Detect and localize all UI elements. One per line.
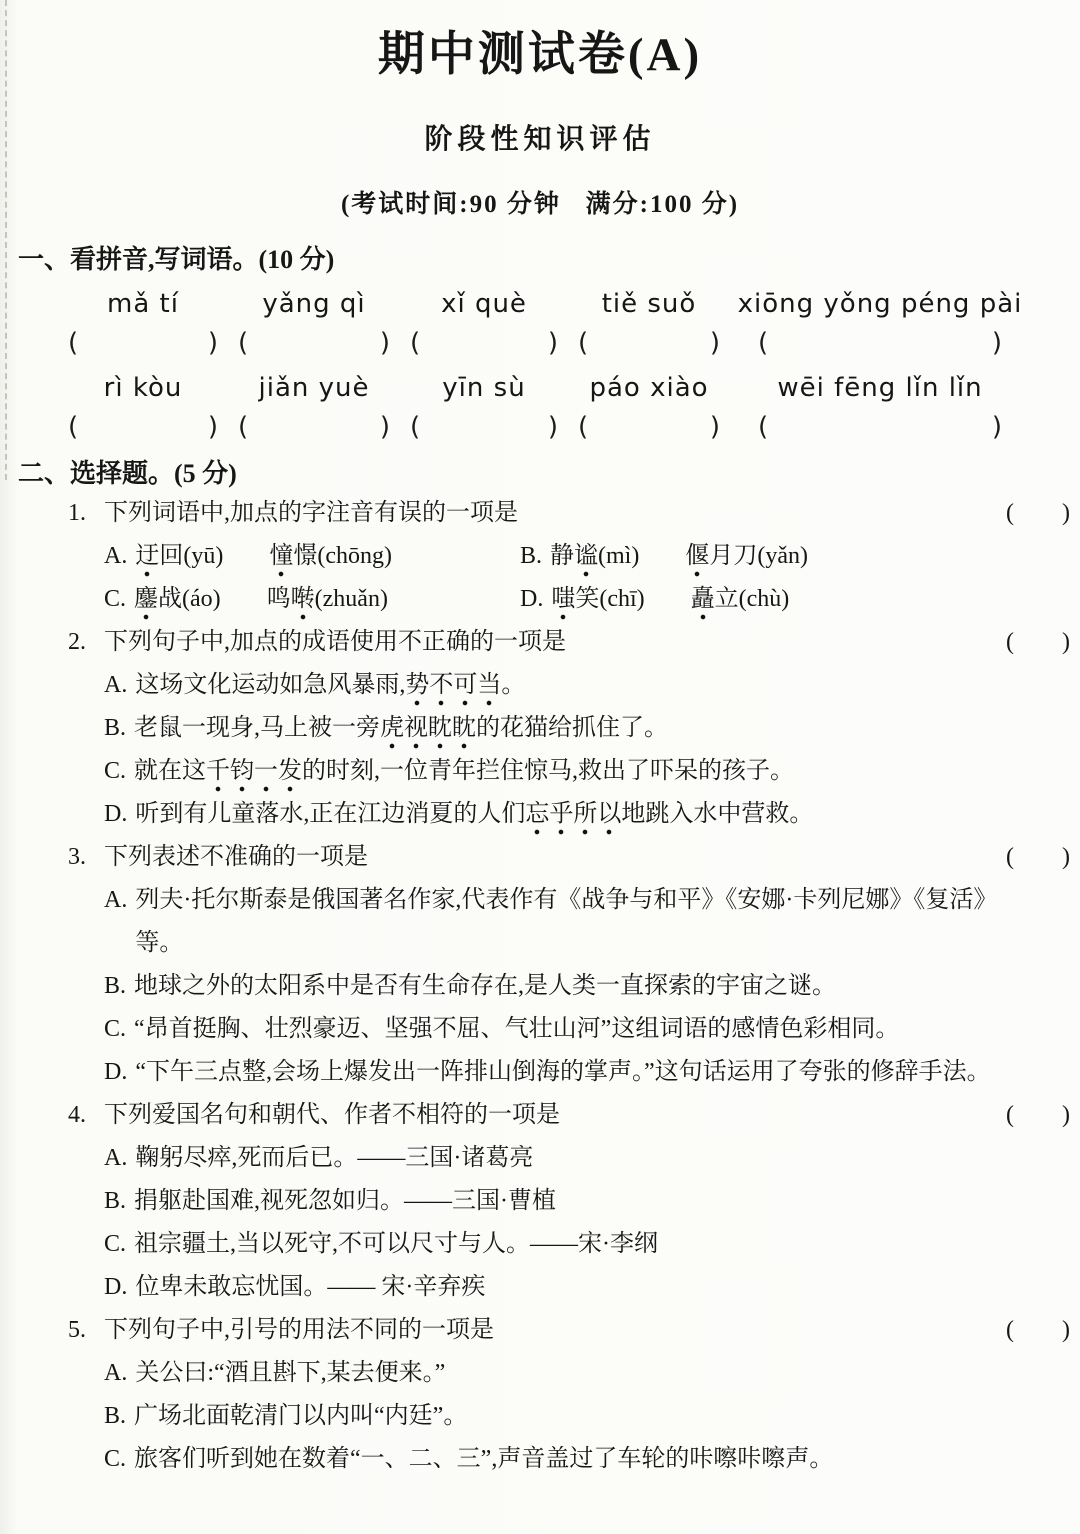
pinyin-item: yīn sù (): [400, 368, 568, 446]
text-segment: “下午三点整,会场上爆发出一阵排山倒海的掌声。”这句话运用了夸张的修辞手法。: [135, 1059, 990, 1085]
text-segment: 月刀(yǎn): [709, 543, 808, 569]
answer-bracket: ( ): [1006, 1309, 1070, 1352]
text-segment: 捐躯赴国难,视死忽如归。——三国·曹植: [134, 1188, 556, 1214]
text-segment: 听到有儿童落水,正在江边消夏的人们: [135, 801, 525, 827]
option-text: 位卑未敢忘忧国。—— 宋·辛弃疾: [135, 1266, 485, 1309]
question-text: 下列句子中,引号的用法不同的一项是: [104, 1309, 494, 1352]
text-segment: 立(chù): [715, 586, 790, 612]
pinyin-item: wēi fēng lǐn lǐn (): [730, 368, 1030, 446]
answer-bracket: ( ): [1006, 1094, 1070, 1137]
emphasized-text: 憧: [269, 543, 293, 577]
option-text: 鞠躬尽瘁,死而后已。——三国·诸葛亮: [135, 1137, 533, 1180]
answer-brackets: (): [228, 324, 400, 362]
close-paren: ): [992, 408, 1002, 446]
emphasized-text: 矗: [691, 586, 715, 620]
option-label: A.: [104, 1137, 127, 1180]
option-label: A.: [104, 535, 127, 578]
pinyin-item: tiě suǒ (): [568, 284, 730, 362]
emphasized-text: 虎视眈眈: [380, 715, 476, 749]
option-text: “昂首挺胸、壮烈豪迈、坚强不屈、气壮山河”这组词语的感情色彩相同。: [134, 1008, 899, 1051]
question-2-option-b: B.老鼠一现身,马上被一旁虎视眈眈的花猫给抓住了。: [68, 707, 1070, 750]
question-2: 2.下列句子中,加点的成语使用不正确的一项是( ) A.这场文化运动如急风暴雨,…: [68, 621, 1070, 836]
option-text: 听到有儿童落水,正在江边消夏的人们忘乎所以地跳入水中营救。: [135, 793, 813, 836]
text-segment: 旅客们听到她在数着“一、二、三”,声音盖过了车轮的咔嚓咔嚓声。: [134, 1446, 833, 1472]
emphasized-text: 偃: [685, 543, 709, 577]
question-text: 下列句子中,加点的成语使用不正确的一项是: [104, 621, 566, 664]
text-segment: (mì): [598, 543, 639, 569]
text-segment: 广场北面乾清门以内叫“内廷”。: [134, 1403, 467, 1429]
pinyin-word: mǎ tí: [58, 284, 228, 324]
option-text: 关公曰:“酒且斟下,某去便来。”: [135, 1352, 445, 1395]
option-text: 捐躯赴国难,视死忽如归。——三国·曹植: [134, 1180, 556, 1223]
option-label: C.: [104, 750, 126, 793]
text-segment: 这场文化运动如急风暴雨,: [135, 672, 405, 698]
text-segment: 列夫·托尔斯泰是俄国著名作家,代表作有《战争与和平》《安娜·卡列尼娜》《复活》等…: [135, 887, 997, 956]
option-text: 广场北面乾清门以内叫“内廷”。: [134, 1395, 467, 1438]
pinyin-word: yīn sù: [400, 368, 568, 408]
close-paren: ): [208, 324, 218, 362]
question-3-option-d: D.“下午三点整,会场上爆发出一阵排山倒海的掌声。”这句话运用了夸张的修辞手法。: [68, 1051, 1070, 1094]
option-label: D.: [104, 1266, 127, 1309]
open-paren: (: [410, 324, 420, 362]
option-text: 这场文化运动如急风暴雨,势不可当。: [135, 664, 525, 707]
question-number: 5.: [68, 1309, 104, 1352]
option-text: “下午三点整,会场上爆发出一阵排山倒海的掌声。”这句话运用了夸张的修辞手法。: [135, 1051, 990, 1094]
page-title: 期中测试卷(A): [0, 28, 1080, 82]
option-text: 地球之外的太阳系中是否有生命存在,是人类一直探索的宇宙之谜。: [134, 965, 836, 1008]
answer-brackets: (): [228, 408, 400, 446]
open-paren: (: [68, 408, 78, 446]
question-4-option-c: C.祖宗疆土,当以死守,不可以尺寸与人。——宋·李纲: [68, 1223, 1070, 1266]
answer-bracket: ( ): [1006, 492, 1070, 535]
question-5: 5.下列句子中,引号的用法不同的一项是( ) A.关公曰:“酒且斟下,某去便来。…: [68, 1309, 1070, 1481]
question-number: 1.: [68, 492, 104, 535]
exam-paper-page: 期中测试卷(A) 阶段性知识评估 (考试时间:90 分钟 满分:100 分) 一…: [0, 0, 1080, 1534]
question-5-stem: 5.下列句子中,引号的用法不同的一项是( ): [68, 1309, 1070, 1352]
pinyin-row-2: rì kòu () jiǎn yuè () yīn sù () páo xiào…: [0, 368, 1080, 446]
scan-edge-line: [5, 0, 7, 480]
answer-brackets: (): [58, 324, 228, 362]
close-paren: ): [992, 324, 1002, 362]
pinyin-item: xiōng yǒng péng pài (): [730, 284, 1030, 362]
answer-brackets: (): [730, 324, 1030, 362]
text-segment: 的花猫给抓住了。: [476, 715, 668, 741]
question-3-stem: 3.下列表述不准确的一项是( ): [68, 836, 1070, 879]
pinyin-word: xǐ què: [400, 284, 568, 324]
page-subtitle: 阶段性知识评估: [0, 124, 1080, 156]
answer-brackets: (): [568, 324, 730, 362]
option-text: 就在这千钧一发的时刻,一位青年拦住惊马,救出了吓呆的孩子。: [134, 750, 794, 793]
answer-bracket: ( ): [1006, 621, 1070, 664]
question-4-stem: 4.下列爱国名句和朝代、作者不相符的一项是( ): [68, 1094, 1070, 1137]
option-label: B.: [520, 535, 542, 578]
question-1-option-row-2: C.鏖战(áo)鸣啭(zhuǎn) D.嗤笑(chī)矗立(chù): [68, 578, 1070, 621]
close-paren: ): [548, 324, 558, 362]
option-text: 迂回(yū)憧憬(chōng): [135, 535, 392, 578]
question-4-option-a: A.鞠躬尽瘁,死而后已。——三国·诸葛亮: [68, 1137, 1070, 1180]
question-1-option-d: D.嗤笑(chī)矗立(chù): [520, 578, 1070, 621]
option-text: 旅客们听到她在数着“一、二、三”,声音盖过了车轮的咔嚓咔嚓声。: [134, 1438, 833, 1481]
answer-brackets: (): [400, 324, 568, 362]
option-label: D.: [104, 793, 127, 836]
close-paren: ): [380, 408, 390, 446]
pinyin-row-1: mǎ tí () yǎng qì () xǐ què () tiě suǒ ()…: [0, 284, 1080, 362]
pinyin-word: xiōng yǒng péng pài: [730, 284, 1030, 324]
option-text: 鏖战(áo)鸣啭(zhuǎn): [134, 578, 388, 621]
question-2-option-a: A.这场文化运动如急风暴雨,势不可当。: [68, 664, 1070, 707]
question-4-option-b: B.捐躯赴国难,视死忽如归。——三国·曹植: [68, 1180, 1070, 1223]
text-segment: 的时刻,一位青年拦住惊马,救出了吓呆的孩子。: [302, 758, 794, 784]
emphasized-text: 迂: [135, 543, 159, 577]
option-text: 列夫·托尔斯泰是俄国著名作家,代表作有《战争与和平》《安娜·卡列尼娜》《复活》等…: [135, 879, 1040, 965]
text-segment: “昂首挺胸、壮烈豪迈、坚强不屈、气壮山河”这组词语的感情色彩相同。: [134, 1016, 899, 1042]
text-segment: 鸣: [267, 586, 291, 612]
question-4-option-d: D.位卑未敢忘忧国。—— 宋·辛弃疾: [68, 1266, 1070, 1309]
question-1-option-row-1: A.迂回(yū)憧憬(chōng) B.静谧(mì)偃月刀(yǎn): [68, 535, 1070, 578]
option-text: 静谧(mì)偃月刀(yǎn): [550, 535, 808, 578]
text-segment: 位卑未敢忘忧国。—— 宋·辛弃疾: [135, 1274, 485, 1300]
question-number: 3.: [68, 836, 104, 879]
question-text: 下列表述不准确的一项是: [104, 836, 368, 879]
question-2-option-c: C.就在这千钧一发的时刻,一位青年拦住惊马,救出了吓呆的孩子。: [68, 750, 1070, 793]
option-label: D.: [520, 578, 543, 621]
section2-heading: 二、选择题。(5 分): [0, 456, 1080, 492]
text-segment: 回(yū): [159, 543, 223, 569]
open-paren: (: [578, 408, 588, 446]
emphasized-text: 势不可当: [405, 672, 501, 706]
open-paren: (: [68, 324, 78, 362]
question-1-stem: 1.下列词语中,加点的字注音有误的一项是( ): [68, 492, 1070, 535]
question-1-option-b: B.静谧(mì)偃月刀(yǎn): [520, 535, 1070, 578]
question-4: 4.下列爱国名句和朝代、作者不相符的一项是( ) A.鞠躬尽瘁,死而后已。——三…: [68, 1094, 1070, 1309]
option-label: A.: [104, 1352, 127, 1395]
option-label: B.: [104, 1180, 126, 1223]
pinyin-item: xǐ què (): [400, 284, 568, 362]
emphasized-text: 千钧一发: [206, 758, 302, 792]
question-3: 3.下列表述不准确的一项是( ) A.列夫·托尔斯泰是俄国著名作家,代表作有《战…: [68, 836, 1070, 1094]
question-1: 1.下列词语中,加点的字注音有误的一项是( ) A.迂回(yū)憧憬(chōng…: [68, 492, 1070, 621]
question-3-option-b: B.地球之外的太阳系中是否有生命存在,是人类一直探索的宇宙之谜。: [68, 965, 1070, 1008]
option-label: C.: [104, 578, 126, 621]
question-1-option-a: A.迂回(yū)憧憬(chōng): [68, 535, 520, 578]
section1-heading: 一、看拼音,写词语。(10 分): [0, 242, 1080, 278]
emphasized-text: 啭: [291, 586, 315, 620]
answer-brackets: (): [730, 408, 1030, 446]
pinyin-word: rì kòu: [58, 368, 228, 408]
question-5-option-c: C.旅客们听到她在数着“一、二、三”,声音盖过了车轮的咔嚓咔嚓声。: [68, 1438, 1070, 1481]
option-label: C.: [104, 1008, 126, 1051]
text-segment: 地球之外的太阳系中是否有生命存在,是人类一直探索的宇宙之谜。: [134, 973, 836, 999]
text-segment: 笑(chī): [575, 586, 644, 612]
text-segment: 憬(chōng): [293, 543, 392, 569]
option-text: 老鼠一现身,马上被一旁虎视眈眈的花猫给抓住了。: [134, 707, 668, 750]
close-paren: ): [548, 408, 558, 446]
text-segment: 地跳入水中营救。: [621, 801, 813, 827]
emphasized-text: 嗤: [551, 586, 575, 620]
exam-info-line: (考试时间:90 分钟 满分:100 分): [0, 190, 1080, 220]
pinyin-word: wēi fēng lǐn lǐn: [730, 368, 1030, 408]
text-segment: 祖宗疆土,当以死守,不可以尺寸与人。——宋·李纲: [134, 1231, 658, 1257]
emphasized-text: 谧: [574, 543, 598, 577]
open-paren: (: [410, 408, 420, 446]
close-paren: ): [208, 408, 218, 446]
pinyin-word: tiě suǒ: [568, 284, 730, 324]
pinyin-item: jiǎn yuè (): [228, 368, 400, 446]
answer-brackets: (): [400, 408, 568, 446]
question-3-option-c: C.“昂首挺胸、壮烈豪迈、坚强不屈、气壮山河”这组词语的感情色彩相同。: [68, 1008, 1070, 1051]
option-label: B.: [104, 965, 126, 1008]
question-number: 4.: [68, 1094, 104, 1137]
text-segment: 鞠躬尽瘁,死而后已。——三国·诸葛亮: [135, 1145, 533, 1171]
text-segment: 静: [550, 543, 574, 569]
question-5-option-a: A.关公曰:“酒且斟下,某去便来。”: [68, 1352, 1070, 1395]
open-paren: (: [578, 324, 588, 362]
option-label: C.: [104, 1438, 126, 1481]
option-label: A.: [104, 879, 127, 965]
answer-brackets: (): [58, 408, 228, 446]
pinyin-item: páo xiào (): [568, 368, 730, 446]
pinyin-item: yǎng qì (): [228, 284, 400, 362]
close-paren: ): [710, 408, 720, 446]
question-1-option-c: C.鏖战(áo)鸣啭(zhuǎn): [68, 578, 520, 621]
answer-bracket: ( ): [1006, 836, 1070, 879]
open-paren: (: [238, 324, 248, 362]
pinyin-word: jiǎn yuè: [228, 368, 400, 408]
text-segment: 老鼠一现身,马上被一旁: [134, 715, 380, 741]
questions-list: 1.下列词语中,加点的字注音有误的一项是( ) A.迂回(yū)憧憬(chōng…: [0, 492, 1080, 1481]
option-text: 祖宗疆土,当以死守,不可以尺寸与人。——宋·李纲: [134, 1223, 658, 1266]
text-segment: 关公曰:“酒且斟下,某去便来。”: [135, 1360, 445, 1386]
text-segment: 战(áo): [158, 586, 221, 612]
close-paren: ): [710, 324, 720, 362]
question-2-stem: 2.下列句子中,加点的成语使用不正确的一项是( ): [68, 621, 1070, 664]
pinyin-item: rì kòu (): [58, 368, 228, 446]
option-label: B.: [104, 707, 126, 750]
text-segment: 就在这: [134, 758, 206, 784]
open-paren: (: [758, 408, 768, 446]
question-2-option-d: D.听到有儿童落水,正在江边消夏的人们忘乎所以地跳入水中营救。: [68, 793, 1070, 836]
text-segment: (zhuǎn): [315, 586, 388, 612]
answer-brackets: (): [568, 408, 730, 446]
emphasized-text: 鏖: [134, 586, 158, 620]
close-paren: ): [380, 324, 390, 362]
emphasized-text: 忘乎所以: [525, 801, 621, 835]
question-text: 下列爱国名句和朝代、作者不相符的一项是: [104, 1094, 560, 1137]
pinyin-item: mǎ tí (): [58, 284, 228, 362]
question-text: 下列词语中,加点的字注音有误的一项是: [104, 492, 518, 535]
option-label: C.: [104, 1223, 126, 1266]
question-number: 2.: [68, 621, 104, 664]
option-label: B.: [104, 1395, 126, 1438]
open-paren: (: [758, 324, 768, 362]
option-text: 嗤笑(chī)矗立(chù): [551, 578, 789, 621]
question-5-option-b: B.广场北面乾清门以内叫“内廷”。: [68, 1395, 1070, 1438]
pinyin-word: páo xiào: [568, 368, 730, 408]
open-paren: (: [238, 408, 248, 446]
pinyin-word: yǎng qì: [228, 284, 400, 324]
text-segment: 。: [501, 672, 525, 698]
question-3-option-a: A.列夫·托尔斯泰是俄国著名作家,代表作有《战争与和平》《安娜·卡列尼娜》《复活…: [68, 879, 1070, 965]
option-label: A.: [104, 664, 127, 707]
option-label: D.: [104, 1051, 127, 1094]
